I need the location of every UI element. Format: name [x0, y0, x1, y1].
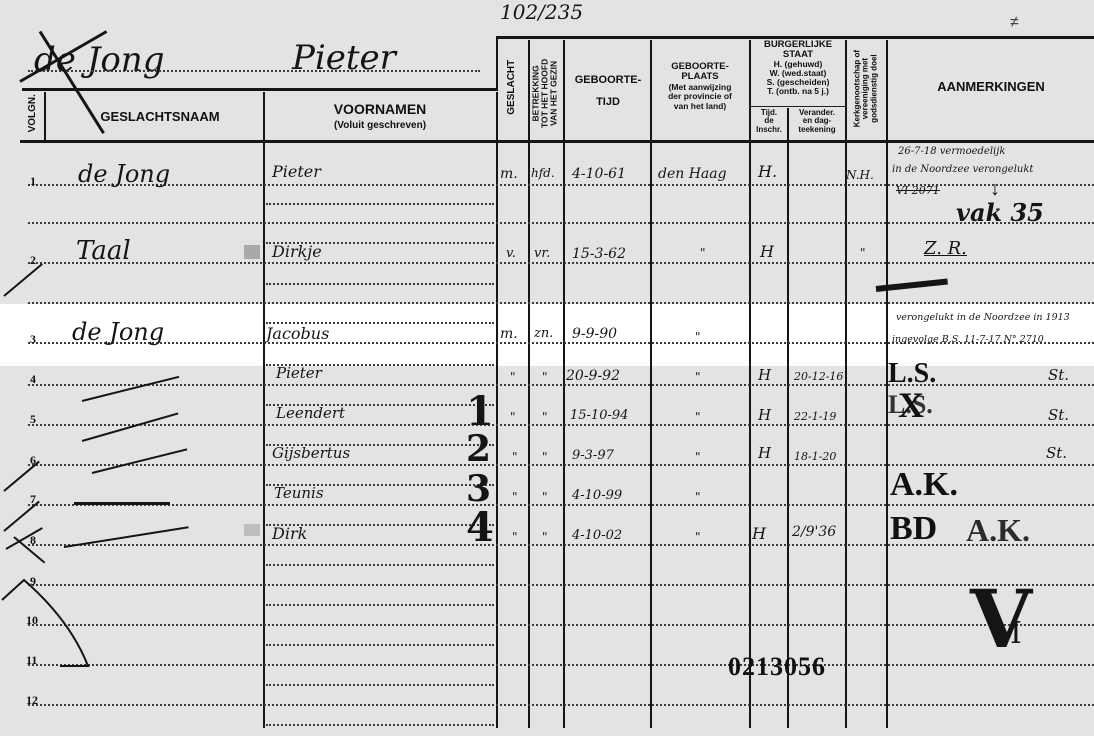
row7-birth-date: 4-10-99: [572, 488, 622, 503]
header-kerkgenootschap: Kerkgenootschap of vereeniging met godsd…: [853, 41, 878, 137]
header-line: Inschr.: [751, 126, 787, 134]
cross-icon: X: [898, 384, 924, 426]
row6-sex: ": [512, 450, 518, 464]
slash-mark: [3, 501, 40, 532]
reference-number: 102/235: [500, 0, 583, 24]
header-line: godsdienstig doel: [870, 41, 878, 137]
corner-mark: ≠: [1010, 14, 1019, 32]
header-geboortetijd: GEBOORTE- TIJD: [566, 74, 650, 108]
row1-sex: m.: [500, 166, 518, 182]
row5-sex: ": [510, 410, 516, 424]
tally-mark: 4: [466, 504, 494, 551]
row1-surname: de Jong: [78, 160, 170, 188]
row8-sex: ": [512, 530, 518, 544]
header-line: T. (ontb. na 5 j.): [751, 87, 845, 96]
row4-relation: ": [542, 370, 548, 384]
row5-given: Leendert: [276, 404, 345, 422]
header-bottom-rule: [20, 140, 1094, 143]
row4-remark-st: St.: [1048, 366, 1069, 384]
row-line: [28, 222, 1094, 224]
row2-birth-date: 15-3-62: [572, 246, 626, 262]
tally-mark: 2: [466, 428, 491, 470]
subrow-line: [266, 724, 494, 726]
slash-mark: [3, 263, 43, 297]
row-line: [28, 302, 1094, 304]
subrow-line: [266, 604, 494, 606]
row4-given: Pieter: [276, 364, 322, 382]
header-step: [496, 36, 498, 91]
header-aanmerkingen: AANMERKINGEN: [888, 80, 1094, 94]
row3-remark: verongelukt in de Noordzee in 1913: [896, 312, 1070, 323]
row3-surname: de Jong: [72, 318, 164, 346]
header-betrekking: BETREKKING TOT HET HOOFD VAN HET GEZIN: [532, 53, 559, 133]
row8-birth-place: ": [695, 530, 701, 544]
check-mark-icon: V: [970, 572, 1032, 666]
row6-given: Gijsbertus: [272, 444, 350, 462]
row-number: 1: [30, 174, 36, 189]
row2-civil-state: H: [760, 242, 774, 261]
row-line: [28, 584, 1094, 586]
header-verandering: Verander. en dag- teekening: [789, 109, 845, 134]
archive-number: 0213056: [728, 652, 826, 682]
check-tick: I: [1010, 616, 1022, 651]
row2-sex: v.: [506, 246, 516, 261]
row1-remark-struck: VI 2071: [896, 184, 940, 197]
row-line: [28, 424, 1094, 426]
subrow-line: [266, 203, 494, 205]
header-line: TIJD: [566, 96, 650, 108]
row5-change-date: 22-1-19: [794, 410, 836, 423]
row6-remark-st: St.: [1046, 444, 1067, 462]
row-number: 4: [30, 372, 36, 387]
subheader-rule: [751, 106, 845, 107]
row-line: [28, 664, 1094, 666]
row7-sex: ": [512, 490, 518, 504]
col-line: [263, 92, 265, 728]
row5-birth-date: 15-10-94: [570, 408, 628, 423]
row1-civil-state: H.: [758, 162, 777, 181]
row2-relation: vr.: [534, 246, 550, 261]
header-line: van het land): [652, 102, 748, 111]
row4-change-date: 20-12-16: [794, 370, 843, 383]
row4-sex: ": [510, 370, 516, 384]
head-given-name: Pieter: [292, 38, 396, 78]
row3-birth-date: 9-9-90: [572, 326, 617, 342]
subrow-line: [266, 684, 494, 686]
row5-relation: ": [542, 410, 548, 424]
row3-birth-place: ": [695, 330, 701, 344]
row4-birth-date: 20-9-92: [566, 368, 620, 384]
row-line: [28, 504, 1094, 506]
col-line: [496, 92, 498, 728]
row6-civil-state: H: [758, 444, 771, 462]
row1-birth-place: den Haag: [658, 166, 727, 182]
header-volgnummer: VOLGN.: [28, 88, 39, 138]
row-number: 5: [30, 412, 36, 427]
header-geslacht: GESLACHT: [507, 51, 518, 123]
header-line: teekening: [789, 126, 845, 134]
row1-remark-vak: vak 35: [956, 198, 1044, 227]
header-voornamen: VOORNAMEN: [266, 102, 494, 117]
row8-relation: ": [542, 530, 548, 544]
row1-religion: N.H.: [846, 168, 874, 182]
row-number: 12: [26, 693, 38, 708]
row2-given: Dirkje: [272, 242, 322, 261]
subrow-line: [266, 564, 494, 566]
row1-given: Pieter: [272, 162, 321, 181]
header-burgerlijke-staat: BURGERLIJKE STAAT H. (gehuwd) W. (wed.st…: [751, 40, 845, 96]
row2-remark: Z. R.: [924, 238, 967, 259]
row6-relation: ": [542, 450, 548, 464]
ditto-dash: [92, 448, 188, 474]
row1-remark: 26-7-18 vermoedelijk: [898, 146, 1005, 157]
row5-birth-place: ": [695, 410, 701, 424]
row-number: 2: [30, 253, 36, 268]
row6-birth-date: 9-3-97: [572, 448, 614, 463]
subrow-line: [266, 644, 494, 646]
row-line: [28, 704, 1094, 706]
row3-remark: ingevolge B.S. 11-7-17 N° 2710: [892, 334, 1044, 345]
row8-stamp-ak: A.K.: [966, 512, 1030, 549]
row5-remark-st: St.: [1048, 406, 1069, 424]
header-tijd-inschr: Tijd. de Inschr.: [751, 109, 787, 134]
row7-stamp-ak: A.K.: [890, 466, 958, 504]
stamp-box: [244, 245, 260, 259]
row-line: [28, 624, 1094, 626]
row6-change-date: 18-1-20: [794, 450, 836, 463]
header-geboorteplaats: GEBOORTE- PLAATS (Met aanwijzing der pro…: [652, 62, 748, 111]
row1-birth-date: 4-10-61: [572, 166, 626, 182]
header-voornamen-sub: (Voluit geschreven): [266, 120, 494, 131]
row1-relation: hfd.: [531, 166, 555, 180]
row2-religion: ": [860, 246, 866, 260]
col-line: [787, 138, 789, 728]
row8-given: Dirk: [272, 524, 307, 543]
head-dotted-line: [28, 70, 480, 72]
row-number: 3: [30, 332, 36, 347]
ditto-dash: [82, 376, 180, 402]
row4-birth-place: ": [695, 370, 701, 384]
row2-surname: Taal: [76, 236, 131, 266]
row8-civil-state: H: [752, 524, 766, 543]
header-geslachtsnaam: GESLACHTSNAAM: [60, 110, 260, 124]
row8-stamp-bd: BD: [890, 510, 937, 548]
slash-mark: [3, 461, 40, 492]
row7-relation: ": [542, 490, 548, 504]
stamp-box: [244, 524, 260, 536]
row7-given: Teunis: [274, 484, 324, 502]
ditto-dash: [74, 502, 170, 505]
header-line: GEBOORTE-: [566, 74, 650, 86]
row4-civil-state: H: [758, 366, 771, 384]
subrow-line: [266, 283, 494, 285]
row3-sex: m.: [500, 326, 518, 342]
row8-birth-date: 4-10-02: [572, 528, 622, 543]
header-top-rule-left: [22, 88, 498, 91]
row5-civil-state: H: [758, 406, 771, 424]
row-line: [28, 262, 1094, 264]
row3-relation: zn.: [534, 326, 553, 341]
row6-birth-place: ": [695, 450, 701, 464]
col-line: [44, 92, 46, 140]
curve-mark: [0, 540, 100, 670]
row2-birth-place: ": [700, 246, 706, 260]
row3-given: Jacobus: [266, 324, 329, 343]
row1-remark: in de Noordzee verongelukt: [892, 164, 1033, 175]
row7-birth-place: ": [695, 490, 701, 504]
header-betrekking-line: VAN HET GEZIN: [549, 53, 558, 133]
row8-change-date: 2/9'36: [792, 524, 836, 540]
ditto-dash: [82, 412, 179, 441]
